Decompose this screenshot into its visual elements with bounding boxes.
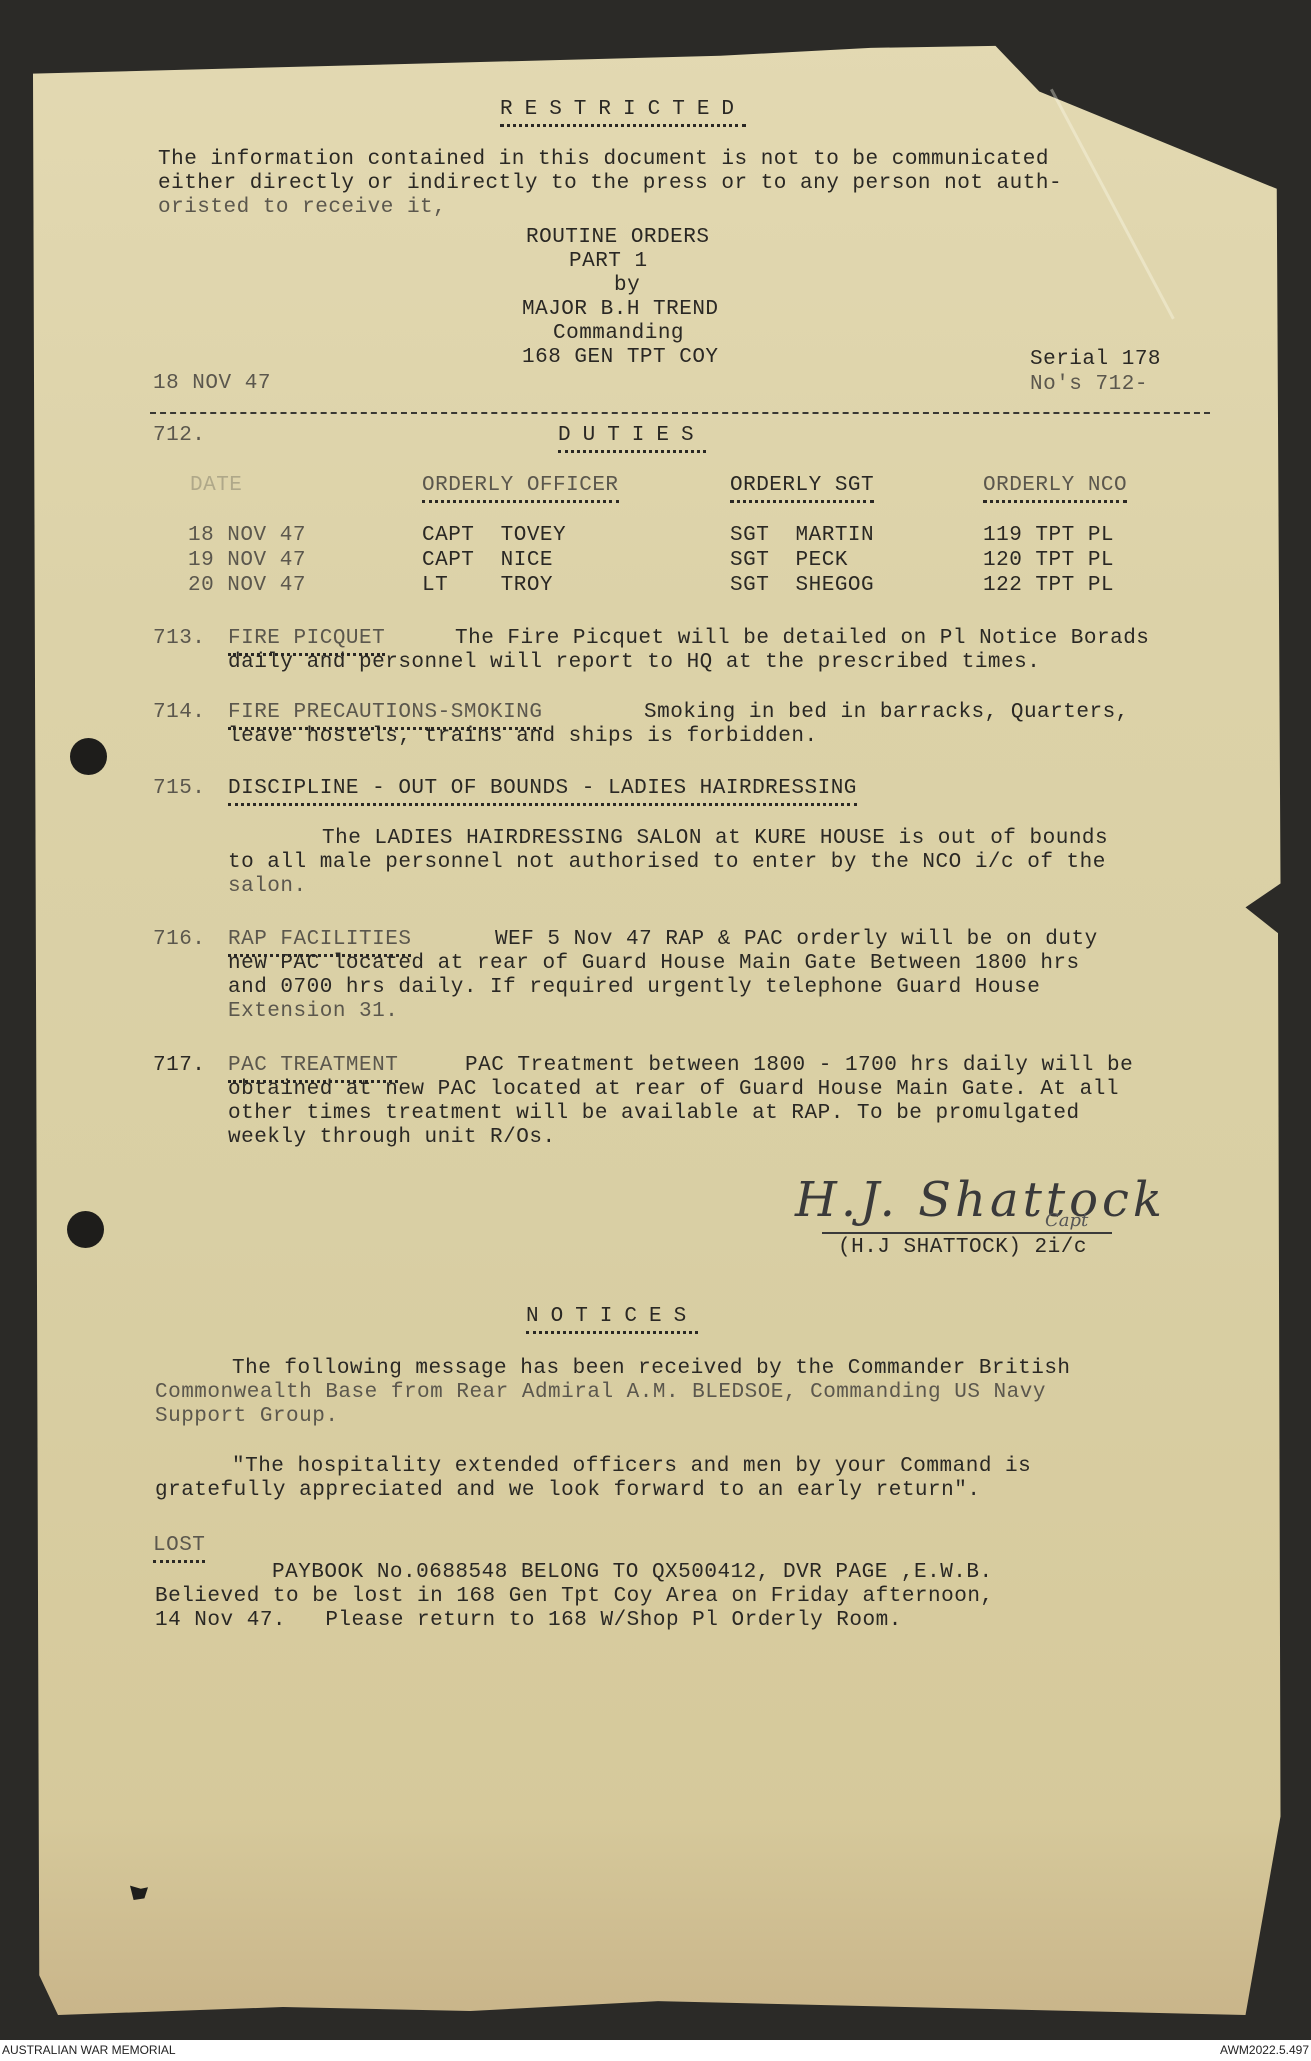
duty-sgt: SGT SHEGOG [730,574,874,598]
order-line: daily and personnel will report to HQ at… [228,651,1040,675]
duty-date: 19 NOV 47 [188,549,306,573]
order-line: The Fire Picquet will be detailed on Pl … [455,627,1149,651]
order-line: leave hostels, trains and ships is forbi… [228,725,818,749]
duty-nco: 119 TPT PL [983,524,1114,548]
order-title-715: DISCIPLINE - OUT OF BOUNDS - LADIES HAIR… [228,777,857,806]
lost-line: PAYBOOK No.0688548 BELONG TO QX500412, D… [272,1561,993,1585]
punch-hole-top [70,738,107,775]
notice-quote-line: gratefully appreciated and we look forwa… [155,1479,980,1503]
orders-commander: MAJOR B.H TREND [522,298,719,322]
duty-nco: 120 TPT PL [983,549,1114,573]
order-number-714: 714. [153,701,205,725]
order-line: weekly through unit R/Os. [228,1126,556,1150]
order-number-715: 715. [153,777,205,801]
orders-date: 18 NOV 47 [153,372,271,396]
orders-by: by [614,274,640,298]
duty-date: 20 NOV 47 [188,574,306,598]
order-line: other times treatment will be available … [228,1102,1080,1126]
punch-hole-bottom [67,1211,104,1248]
duties-number: 712. [153,424,205,448]
signature-line [822,1232,1112,1234]
order-line: obtained at new PAC located at rear of G… [228,1078,1119,1102]
order-line: and 0700 hrs daily. If required urgently… [228,976,1040,1000]
footer-accession-id: AWM2022.5.497 [1220,2043,1309,2057]
order-line: new PAC located at rear of Guard House M… [228,952,1080,976]
notice-quote-line: "The hospitality extended officers and m… [232,1455,1031,1479]
duty-date: 18 NOV 47 [188,524,306,548]
lost-line: Believed to be lost in 168 Gen Tpt Coy A… [155,1585,994,1609]
order-number-717: 717. [153,1054,205,1078]
duty-sgt: SGT PECK [730,549,848,573]
orders-numbers: No's 712- [1030,373,1148,397]
duty-officer: CAPT TOVEY [422,524,566,548]
duty-sgt: SGT MARTIN [730,524,874,548]
duties-col-sgt: ORDERLY SGT [730,474,874,503]
separator-line [150,412,1210,414]
classification-heading: RESTRICTED [500,98,746,127]
duties-col-nco: ORDERLY NCO [983,474,1127,503]
security-notice-line-1: The information contained in this docume… [158,148,1049,172]
duties-col-officer: ORDERLY OFFICER [422,474,619,503]
notice-line: Support Group. [155,1405,338,1429]
order-line: Extension 31. [228,1000,398,1024]
handwritten-signature: H.J. Shattock [795,1172,1166,1228]
handwritten-rank: Capt [1045,1210,1088,1231]
security-notice-line-2: either directly or indirectly to the pre… [158,172,1062,196]
duties-title: DUTIES [558,424,706,453]
orders-serial: Serial 178 [1030,348,1161,372]
order-line: salon. [228,875,307,899]
orders-role: Commanding [553,322,684,346]
order-line: The LADIES HAIRDRESSING SALON at KURE HO… [322,827,1108,851]
notice-line: The following message has been received … [232,1357,1071,1381]
duty-nco: 122 TPT PL [983,574,1114,598]
order-line: to all male personnel not authorised to … [228,851,1106,875]
notices-title: NOTICES [526,1305,698,1334]
duty-officer: CAPT NICE [422,549,553,573]
order-line: WEF 5 Nov 47 RAP & PAC orderly will be o… [495,928,1098,952]
orders-title: ROUTINE ORDERS [526,226,709,250]
order-line: PAC Treatment between 1800 - 1700 hrs da… [465,1054,1133,1078]
order-number-713: 713. [153,627,205,651]
duty-officer: LT TROY [422,574,553,598]
orders-part: PART 1 [569,250,648,274]
typed-signatory: (H.J SHATTOCK) 2i/c [838,1236,1087,1260]
notice-line: Commonwealth Base from Rear Admiral A.M.… [155,1381,1046,1405]
duties-col-date: DATE [190,474,242,498]
security-notice-line-3: oristed to receive it, [158,196,446,220]
lost-title: LOST [153,1534,205,1563]
orders-unit: 168 GEN TPT COY [522,346,719,370]
order-number-716: 716. [153,928,205,952]
footer-institution: AUSTRALIAN WAR MEMORIAL [2,2043,176,2057]
order-line: Smoking in bed in barracks, Quarters, [644,701,1129,725]
lost-line: 14 Nov 47. Please return to 168 W/Shop P… [155,1609,902,1633]
